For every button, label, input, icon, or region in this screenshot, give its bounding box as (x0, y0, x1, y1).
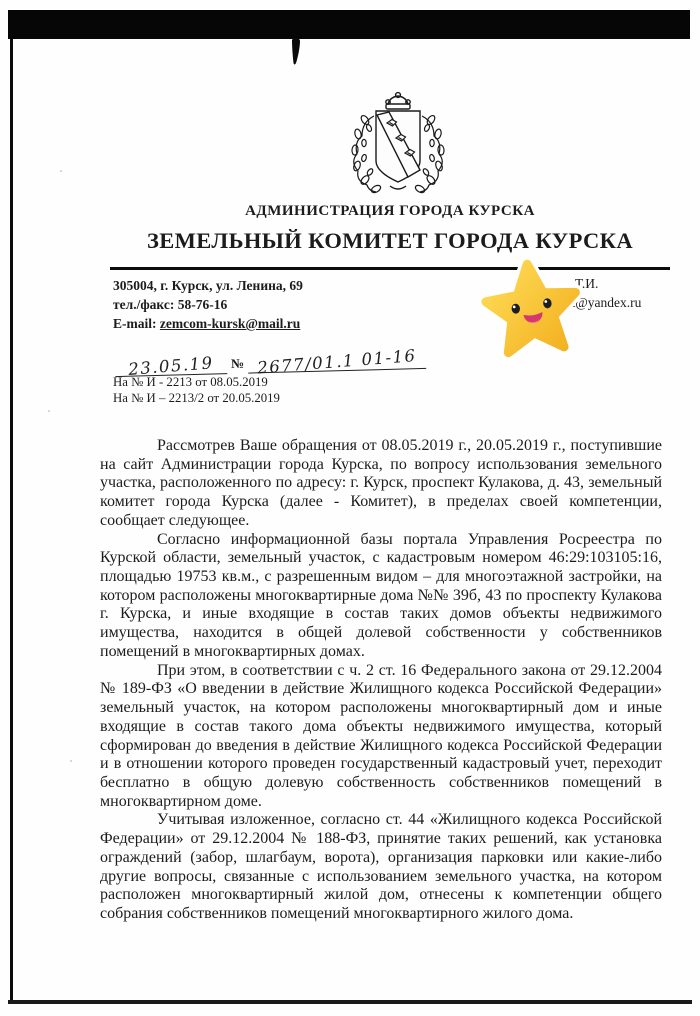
scan-bottom-edge-line (8, 1000, 692, 1004)
handwritten-number: 2677/01.1 01-16 (257, 346, 418, 377)
paragraph-2: Согласно информационной базы портала Упр… (100, 531, 662, 662)
scan-speck (60, 170, 62, 172)
org-name-land-committee: ЗЕМЕЛЬНЫЙ КОМИТЕТ ГОРОДА КУРСКА (90, 228, 690, 254)
pen-mark-artifact (288, 37, 308, 67)
kursk-coat-of-arms-icon (338, 90, 458, 200)
incoming-reference-1: На № И - 2213 от 08.05.2019 (113, 375, 280, 391)
incoming-reference-block: На № И - 2213 от 08.05.2019 На № И – 221… (113, 375, 280, 406)
paragraph-3: При этом, в соответствии с ч. 2 ст. 16 Ф… (100, 662, 662, 812)
document-page: АДМИНИСТРАЦИЯ ГОРОДА КУРСКА ЗЕМЕЛЬНЫЙ КО… (0, 0, 700, 1016)
outgoing-reference-line: 23.05.19№2677/01.1 01-16 (115, 348, 427, 377)
number-sign: № (227, 356, 248, 372)
paragraph-1: Рассмотрев Ваше обращения от 08.05.2019 … (100, 437, 662, 531)
scan-speck (48, 410, 50, 412)
sender-phone: тел./факс: 58-76-16 (113, 295, 413, 314)
sender-contact-block: 305004, г. Курск, ул. Ленина, 69 тел./фа… (113, 276, 413, 333)
sender-email-line: E-mail: zemcom-kursk@mail.ru (113, 314, 413, 333)
paragraph-4: Учитывая изложенное, согласно ст. 44 «Жи… (100, 811, 662, 923)
outgoing-number-slot: 2677/01.1 01-16 (248, 348, 426, 374)
incoming-reference-2: На № И – 2213/2 от 20.05.2019 (113, 391, 280, 407)
letter-body: Рассмотрев Ваше обращения от 08.05.2019 … (100, 437, 662, 924)
scan-left-edge-line (10, 39, 13, 1003)
org-name-administration: АДМИНИСТРАЦИЯ ГОРОДА КУРСКА (110, 203, 670, 220)
sender-address: 305004, г. Курск, ул. Ленина, 69 (113, 276, 413, 295)
outgoing-date-slot: 23.05.19 (115, 353, 228, 377)
scan-top-black-band (8, 10, 690, 39)
star-face-sticker-icon (471, 256, 593, 360)
scan-speck (70, 760, 72, 762)
scanned-letter-page: { "letterhead": { "org_line1": "АДМИНИСТ… (0, 0, 700, 1016)
email-label: E-mail: (113, 316, 160, 331)
sender-email: zemcom-kursk@mail.ru (160, 316, 300, 331)
